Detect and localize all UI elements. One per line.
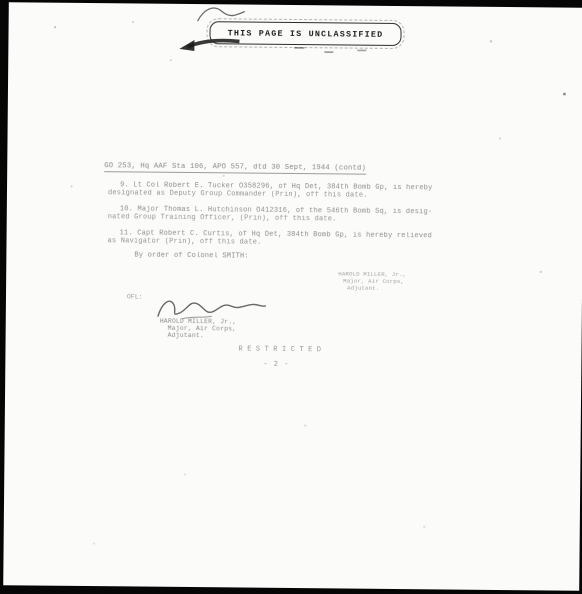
official-label: OFL: [127,293,143,300]
unclassified-stamp-label: THIS PAGE IS UNCLASSIFIED [228,28,384,39]
paragraph-11-line-2: as Navigator (Prin), off this date. [107,237,261,246]
unclassified-stamp: THIS PAGE IS UNCLASSIFIED [209,21,401,46]
order-heading: GO 253, Hq AAF Sta 106, APO 557, dtd 30 … [104,162,366,175]
classification-footer: RESTRICTED [238,345,325,354]
scanned-page: THIS PAGE IS UNCLASSIFIED GO 253, Hq AAF… [3,2,582,591]
paragraph-9-line-2: designated as Deputy Group Commander (Pr… [108,189,368,199]
scan-background: THIS PAGE IS UNCLASSIFIED GO 253, Hq AAF… [0,0,582,594]
signature-left-title: Adjutant. [168,332,204,339]
page-number: - 2 - [263,361,289,369]
signature-right-title: Adjutant. [347,285,379,292]
paragraph-10-line-2: nated Group Training Officer, (Prin), of… [108,213,337,223]
by-order-line: By order of Colonel SMITH: [134,251,248,260]
scan-noise [9,2,10,3]
